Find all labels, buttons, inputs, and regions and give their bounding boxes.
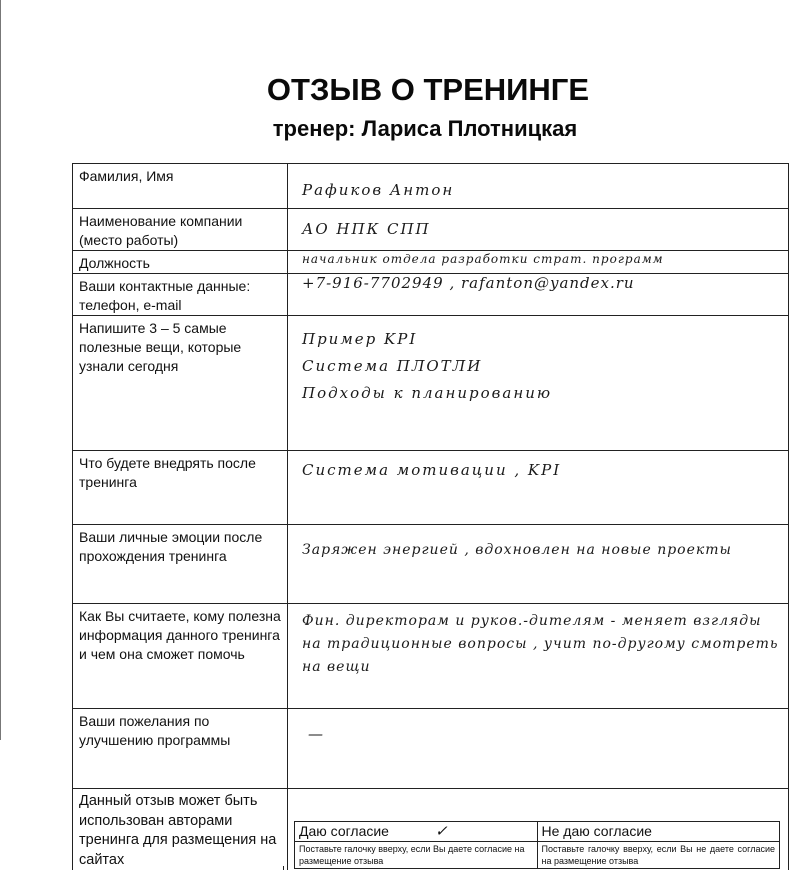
feedback-form-table: Фамилия, Имя Рафиков Антон Наименование … [72, 163, 789, 870]
implement-answer[interactable]: Система мотивации , KPI [288, 451, 789, 525]
next-row-cutoff [72, 866, 284, 870]
disagree-note: Поставьте галочку вверху, если Вы не дае… [537, 842, 780, 869]
handwritten-answer: на традиционные вопросы , учит по-другом… [302, 633, 779, 656]
handwritten-answer: +7-916-7702949 , rafanton@yandex.ru [302, 270, 635, 297]
handwritten-answer: Заряжен энергией , вдохновлен на новые п… [302, 537, 732, 564]
field-label: Что будете внедрять после тренинга [73, 451, 288, 525]
form-row-implement: Что будете внедрять после тренинга Систе… [73, 451, 789, 525]
handwritten-answer: Система мотивации , KPI [302, 457, 561, 484]
handwritten-answer: АО НПК СПП [302, 216, 431, 243]
field-label: Ваши пожелания по улучшению программы [73, 709, 288, 789]
consent-agree-option[interactable]: Даю согласие✓ [295, 822, 538, 842]
form-row-name: Фамилия, Имя Рафиков Антон [73, 164, 789, 209]
page-title: ОТЗЫВ О ТРЕНИНГЕ [0, 72, 800, 108]
handwritten-answer: Пример KPI [302, 326, 552, 353]
field-label: Как Вы считаете, кому полезна информация… [73, 604, 288, 709]
contacts-answer[interactable]: +7-916-7702949 , rafanton@yandex.ru [288, 274, 789, 316]
useful-things-answer[interactable]: Пример KPI Система ПЛОТЛИ Подходы к план… [288, 316, 789, 451]
handwritten-answer: Рафиков Антон [302, 177, 454, 204]
consent-disagree-option[interactable]: Не даю согласие [537, 822, 780, 842]
agree-note: Поставьте галочку вверху, если Вы даете … [295, 842, 538, 869]
field-label: Данный отзыв может быть использован авто… [73, 789, 288, 870]
checkmark-icon: ✓ [435, 822, 448, 840]
handwritten-answer: Фин. директорам и руков.-дителям - меняе… [302, 610, 779, 633]
form-row-who-benefits: Как Вы считаете, кому полезна информация… [73, 604, 789, 709]
handwritten-answer: Подходы к планированию [302, 380, 552, 407]
trainer-subtitle: тренер: Лариса Плотницкая [0, 116, 800, 142]
scan-edge [0, 0, 1, 740]
company-answer[interactable]: АО НПК СПП [288, 209, 789, 251]
form-row-suggestions: Ваши пожелания по улучшению программы — [73, 709, 789, 789]
field-label: Ваши личные эмоции после прохождения тре… [73, 525, 288, 604]
handwritten-answer: на вещи [302, 656, 779, 679]
emotions-answer[interactable]: Заряжен энергией , вдохновлен на новые п… [288, 525, 789, 604]
handwritten-answer: начальник отдела разработки страт. прогр… [302, 246, 664, 273]
field-label: Наименование компании (место работы) [73, 209, 288, 251]
form-row-contacts: Ваши контактные данные: телефон, e-mail … [73, 274, 789, 316]
form-row-useful-things: Напишите 3 – 5 самые полезные вещи, кото… [73, 316, 789, 451]
form-row-consent: Данный отзыв может быть использован авто… [73, 789, 789, 870]
field-label: Должность [73, 251, 288, 274]
form-row-emotions: Ваши личные эмоции после прохождения тре… [73, 525, 789, 604]
field-label: Ваши контактные данные: телефон, e-mail [73, 274, 288, 316]
field-label: Напишите 3 – 5 самые полезные вещи, кото… [73, 316, 288, 451]
agree-label: Даю согласие [299, 823, 389, 839]
handwritten-answer: — [308, 721, 325, 748]
handwritten-answer: Система ПЛОТЛИ [302, 353, 552, 380]
suggestions-answer[interactable]: — [288, 709, 789, 789]
disagree-label: Не даю согласие [542, 823, 652, 839]
form-row-company: Наименование компании (место работы) АО … [73, 209, 789, 251]
consent-table: Даю согласие✓ Не даю согласие Поставьте … [294, 821, 780, 869]
name-answer[interactable]: Рафиков Антон [288, 164, 789, 209]
who-benefits-answer[interactable]: Фин. директорам и руков.-дителям - меняе… [288, 604, 789, 709]
field-label: Фамилия, Имя [73, 164, 288, 209]
consent-cell: Даю согласие✓ Не даю согласие Поставьте … [288, 789, 789, 870]
